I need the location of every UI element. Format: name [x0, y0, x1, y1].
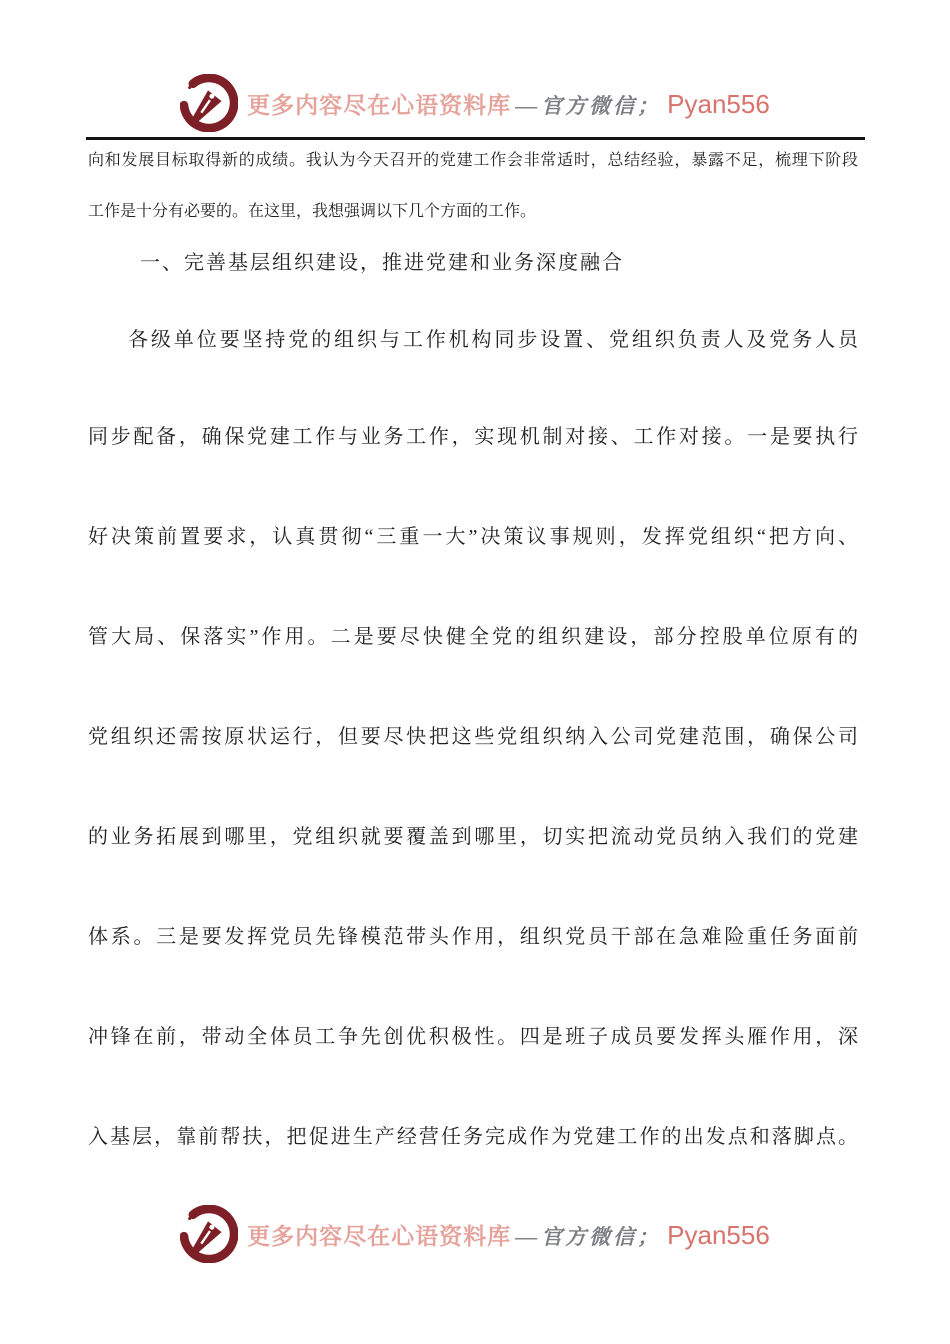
- pen-circle-logo-icon: [180, 74, 238, 132]
- wechat-label: 官方微信；: [541, 1225, 661, 1249]
- intro-line: 工作是十分有必要的。在这里，我想强调以下几个方面的工作。: [88, 197, 858, 227]
- body-line: 同步配备，确保党建工作与业务工作，实现机制对接、工作对接。一是要执行: [88, 422, 858, 452]
- document-page: 更多内容尽在心语资料库 — 官方微信； Pyan556 向和发展目标取得新的成绩…: [0, 0, 950, 1344]
- page-header: 更多内容尽在心语资料库 — 官方微信； Pyan556: [0, 72, 950, 134]
- brand-name: 更多内容尽在心语资料库: [247, 93, 511, 118]
- header-divider: [86, 137, 865, 140]
- body-line: 入基层，靠前帮扶，把促进生产经营任务完成作为党建工作的出发点和落脚点。: [88, 1122, 858, 1152]
- body-line: 的业务拓展到哪里，党组织就要覆盖到哪里，切实把流动党员纳入我们的党建: [88, 822, 858, 852]
- brand-separator: —: [515, 93, 537, 118]
- page-footer: 更多内容尽在心语资料库 — 官方微信； Pyan556: [0, 1203, 950, 1265]
- intro-line: 向和发展目标取得新的成绩。我认为今天召开的党建工作会非常适时，总结经验，暴露不足…: [88, 146, 858, 176]
- body-line: 管大局、保落实”作用。二是要尽快健全党的组织建设，部分控股单位原有的: [88, 622, 858, 652]
- body-line: 各级单位要坚持党的组织与工作机构同步设置、党组织负责人及党务人员: [88, 325, 858, 355]
- brand-text-line: 更多内容尽在心语资料库 — 官方微信； Pyan556: [247, 87, 770, 120]
- wechat-label: 官方微信；: [541, 94, 661, 118]
- body-line: 冲锋在前，带动全体员工争先创优积极性。四是班子成员要发挥头雁作用，深: [88, 1022, 858, 1052]
- section-heading: 一、完善基层组织建设，推进党建和业务深度融合: [88, 248, 858, 278]
- body-line: 体系。三是要发挥党员先锋模范带头作用，组织党员干部在急难险重任务面前: [88, 922, 858, 952]
- pen-circle-logo-icon: [180, 1205, 238, 1263]
- body-line: 党组织还需按原状运行，但要尽快把这些党组织纳入公司党建范围，确保公司: [88, 722, 858, 752]
- wechat-id: Pyan556: [667, 1220, 770, 1250]
- body-line: 好决策前置要求，认真贯彻“三重一大”决策议事规则，发挥党组织“把方向、: [88, 522, 858, 552]
- brand-text-line: 更多内容尽在心语资料库 — 官方微信； Pyan556: [247, 1218, 770, 1251]
- brand-name: 更多内容尽在心语资料库: [247, 1224, 511, 1249]
- brand-separator: —: [515, 1224, 537, 1249]
- wechat-id: Pyan556: [667, 89, 770, 119]
